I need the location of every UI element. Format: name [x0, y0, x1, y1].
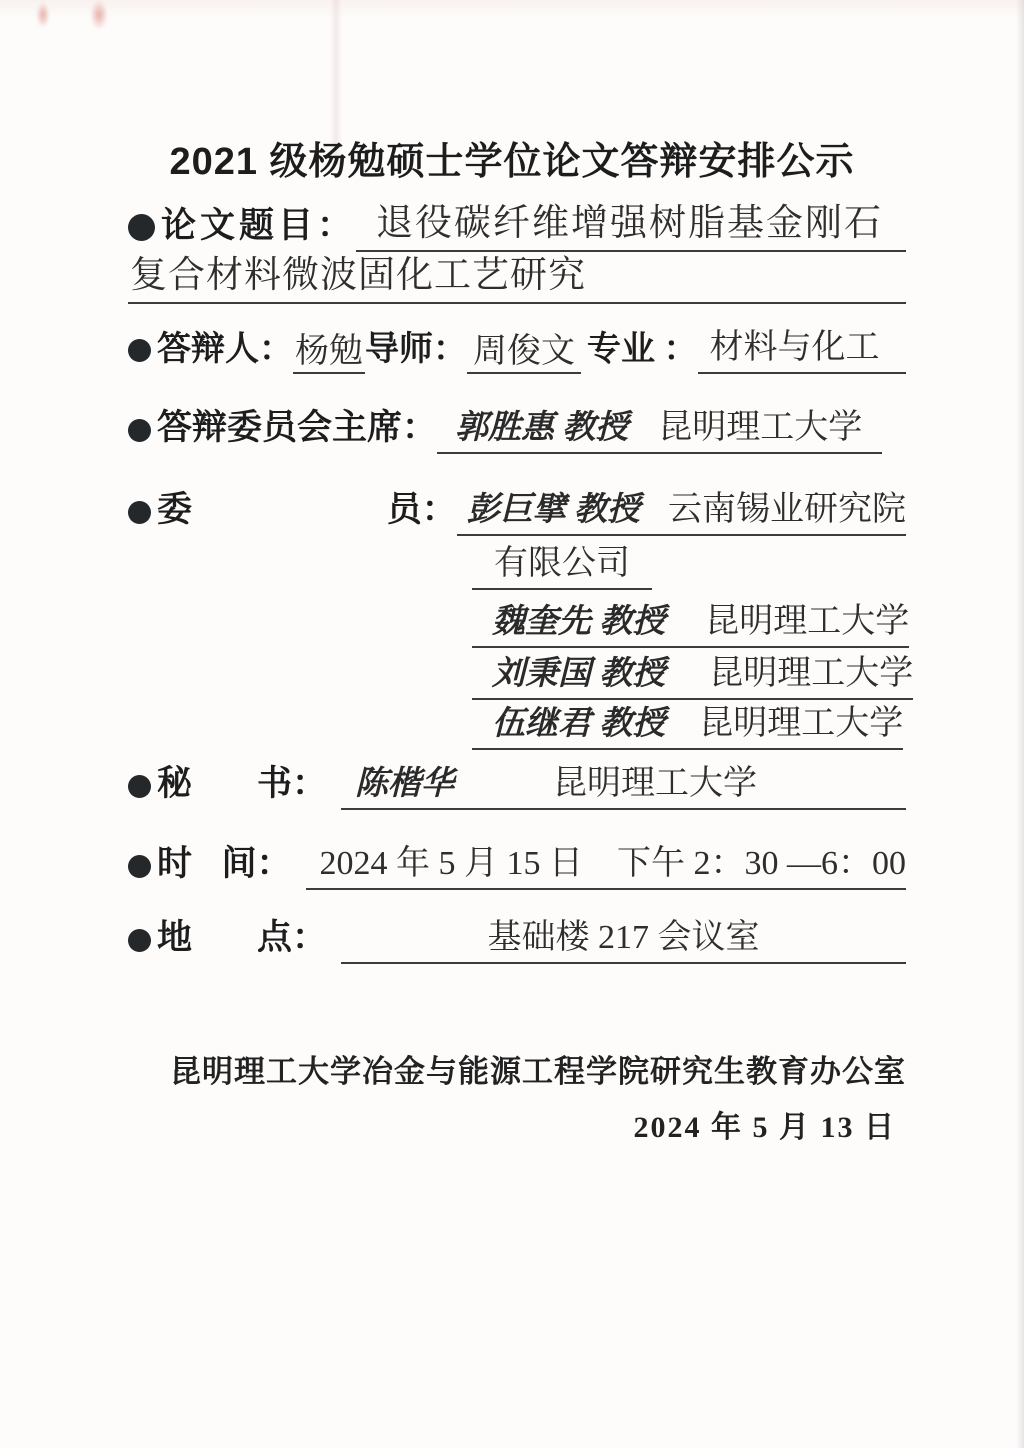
time-value: 2024 年 5 月 15 日 下午 2：30 —6：00 — [306, 835, 907, 890]
member-4-row: 伍继君 教授 昆明理工大学 — [472, 700, 897, 750]
bullet-icon — [128, 339, 151, 362]
chair-label: 答辩委员会主席： — [157, 400, 437, 454]
defender-row: 答辩人： 杨勉 导师： 周俊文 专业 ： 材料与化工 — [128, 320, 906, 374]
red-stamp-fragment — [36, 2, 50, 28]
member-2-affiliation: 昆明理工大学 — [705, 603, 909, 640]
members-label-left: 委 — [157, 482, 192, 532]
member-1-affiliation-cont-row: 有限公司 — [472, 538, 652, 590]
member-2-name: 魏奎先 教授 — [492, 604, 665, 640]
bullet-icon — [128, 775, 151, 798]
secretary-label: 秘 书： — [157, 756, 327, 810]
footer-date: 2024 年 5 月 13 日 — [0, 1102, 896, 1146]
member-2-underline: 魏奎先 教授 昆明理工大学 — [472, 593, 909, 648]
member-2-row: 魏奎先 教授 昆明理工大学 — [472, 596, 897, 648]
member-4-underline: 伍继君 教授 昆明理工大学 — [472, 695, 903, 750]
bullet-icon — [128, 419, 151, 442]
time-label: 时 间： — [157, 836, 292, 890]
secretary-label-left: 秘 — [157, 756, 192, 806]
announcement-document: 2021 级杨勉硕士学位论文答辩安排公示 论文题目： 退役碳纤维增强树脂基金刚石… — [0, 0, 1024, 1448]
scan-top-smudge — [0, 0, 1024, 18]
member-1-affiliation-cont: 有限公司 — [472, 535, 652, 590]
members-row: 委 员： 彭巨擘 教授 云南锡业研究院 — [128, 476, 906, 536]
member-1-affiliation: 云南锡业研究院 — [668, 491, 906, 528]
secretary-label-right: 书： — [257, 756, 327, 806]
chair-affiliation: 昆明理工大学 — [658, 409, 862, 446]
major-label: 专业 ： — [587, 321, 698, 374]
location-label-right: 点： — [257, 910, 327, 960]
time-label-left: 时 — [157, 836, 192, 886]
members-label: 委 员： — [157, 482, 457, 536]
secretary-name: 陈楷华 — [355, 766, 454, 802]
location-label-left: 地 — [157, 910, 192, 960]
location-row: 地 点： 基础楼 217 会议室 — [128, 914, 906, 964]
thesis-title-value-line1: 退役碳纤维增强树脂基金刚石 — [356, 192, 906, 252]
member-3-row: 刘秉国 教授 昆明理工大学 — [472, 648, 897, 700]
bullet-icon — [128, 501, 151, 524]
members-label-right: 员： — [387, 482, 457, 532]
member-1-name: 彭巨擘 教授 — [467, 492, 640, 528]
member-3-underline: 刘秉国 教授 昆明理工大学 — [472, 645, 913, 700]
advisor-name: 周俊文 — [467, 323, 581, 374]
advisor-label: 导师： — [365, 321, 467, 374]
chair-row: 答辩委员会主席： 郭胜惠 教授 昆明理工大学 — [128, 400, 906, 454]
bullet-icon — [128, 855, 151, 878]
major-value: 材料与化工 — [698, 319, 907, 374]
member-4-name: 伍继君 教授 — [492, 706, 665, 742]
thesis-title-row-continued: 复合材料微波固化工艺研究 — [128, 252, 906, 304]
member-3-name: 刘秉国 教授 — [492, 656, 665, 692]
bullet-icon — [128, 929, 151, 952]
location-label: 地 点： — [157, 910, 327, 964]
thesis-title-value-line2: 复合材料微波固化工艺研究 — [128, 244, 906, 304]
defender-label: 答辩人： — [157, 321, 293, 374]
footer-office: 昆明理工大学冶金与能源工程学院研究生教育办公室 — [0, 1046, 906, 1091]
member-1-underline: 彭巨擘 教授 云南锡业研究院 — [457, 481, 906, 536]
time-label-right: 间： — [221, 836, 291, 886]
member-4-affiliation: 昆明理工大学 — [699, 705, 903, 742]
chair-name: 郭胜惠 教授 — [455, 410, 628, 446]
secretary-affiliation: 昆明理工大学 — [553, 765, 757, 802]
page-title: 2021 级杨勉硕士学位论文答辩安排公示 — [0, 130, 1024, 185]
chair-value-underline: 郭胜惠 教授 昆明理工大学 — [437, 399, 882, 454]
member-3-affiliation: 昆明理工大学 — [709, 655, 913, 692]
secretary-row: 秘 书： 陈楷华 昆明理工大学 — [128, 758, 906, 810]
scan-page-edge — [1016, 0, 1024, 1448]
red-stamp-fragment — [90, 0, 108, 30]
location-value: 基础楼 217 会议室 — [341, 909, 906, 964]
bullet-icon — [128, 214, 155, 241]
secretary-underline: 陈楷华 昆明理工大学 — [341, 755, 906, 810]
time-row: 时 间： 2024 年 5 月 15 日 下午 2：30 —6：00 — [128, 838, 906, 890]
defender-name: 杨勉 — [293, 323, 365, 374]
